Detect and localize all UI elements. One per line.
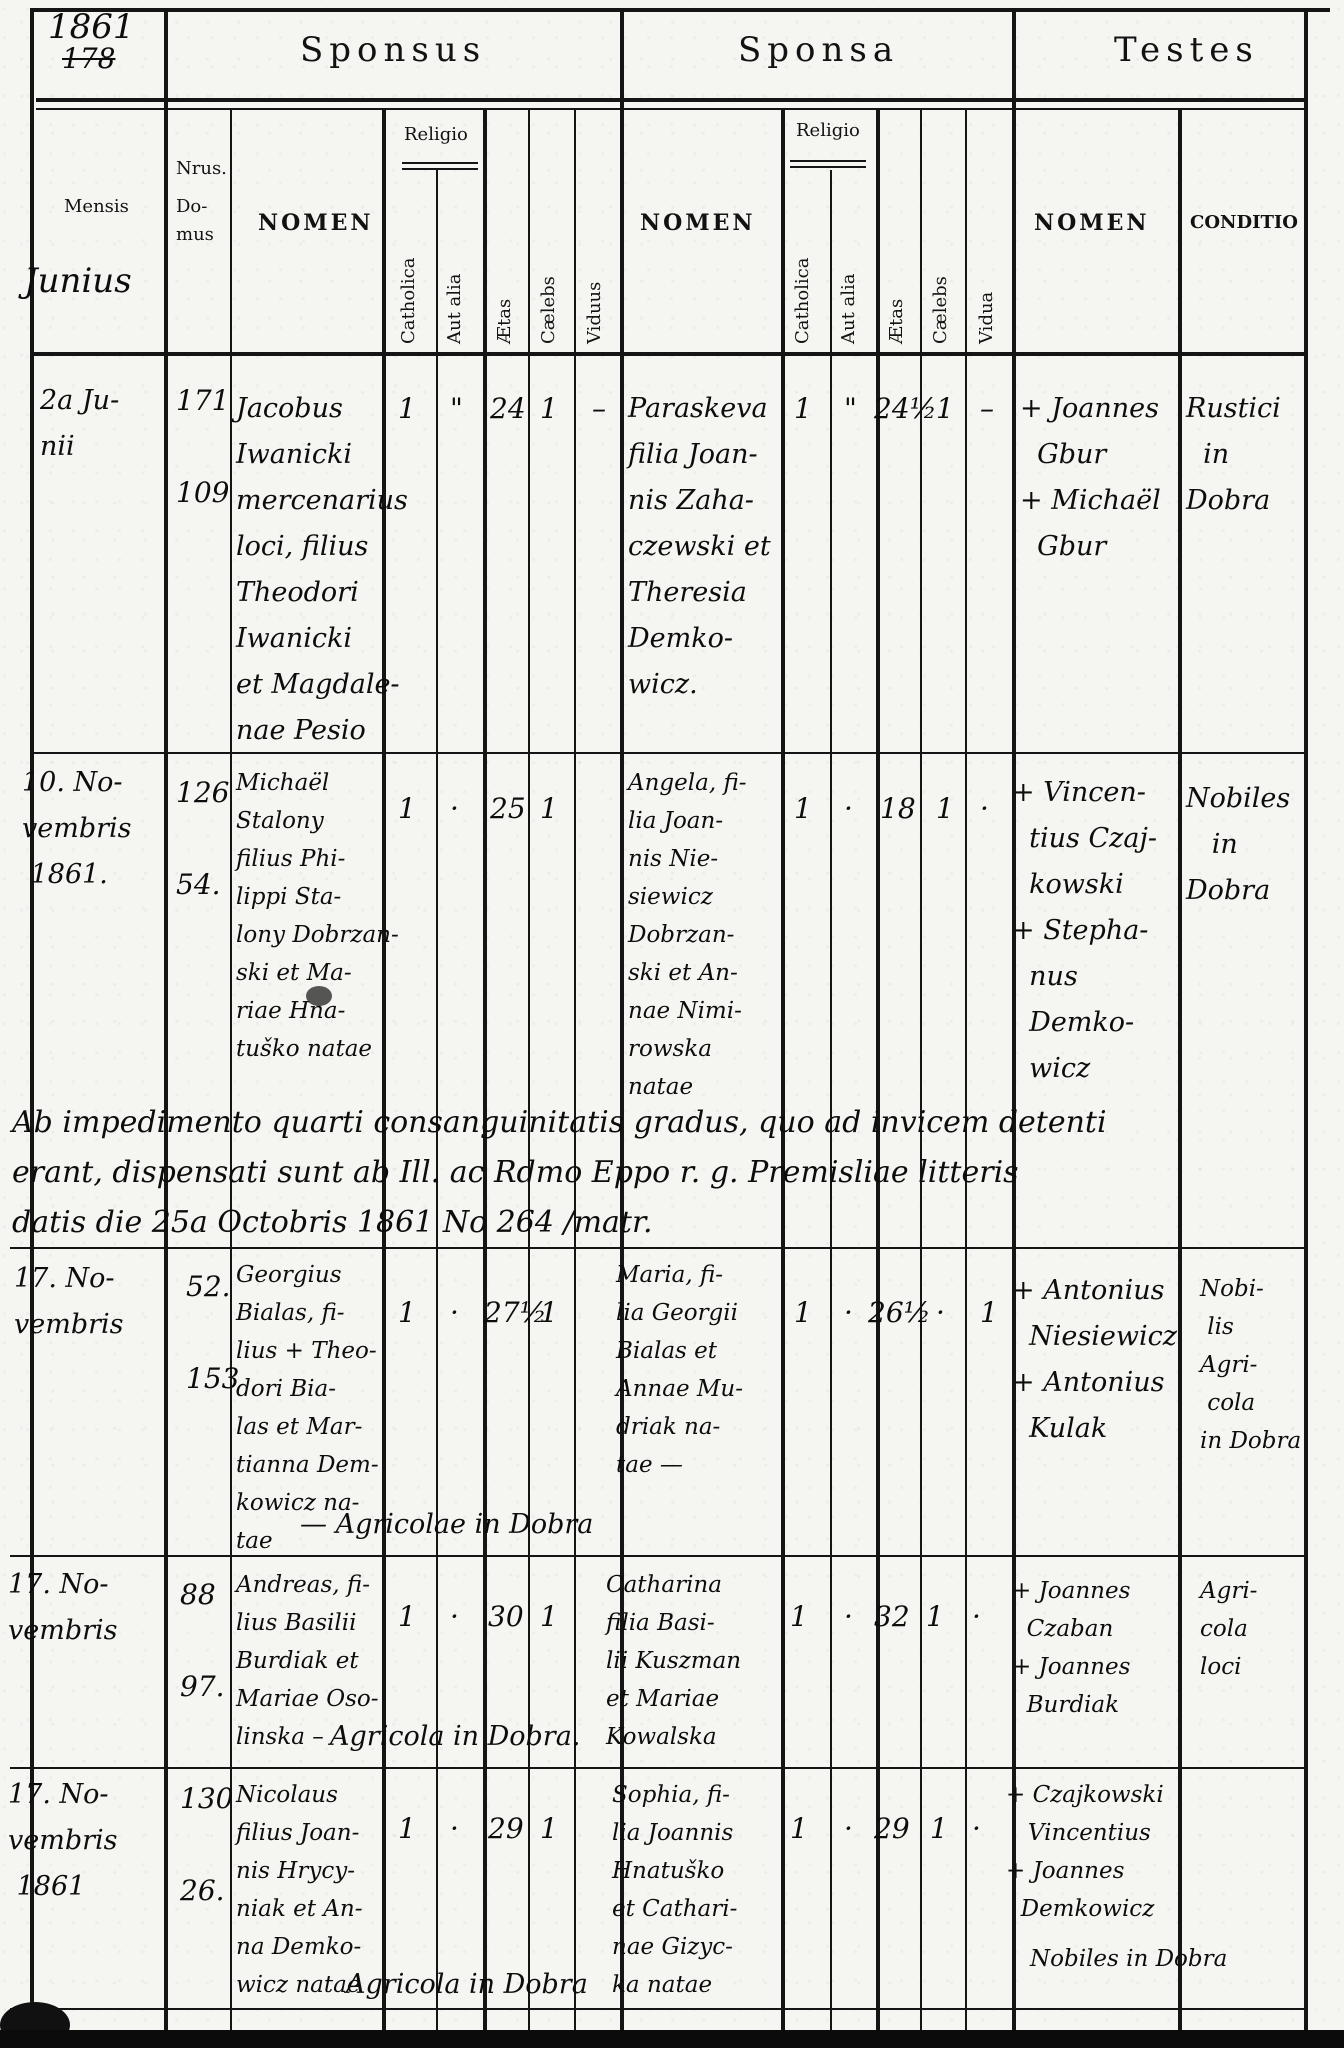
entry-5-sponsa-catholica: 1 bbox=[790, 1806, 808, 1852]
entry-3-sponsus-caelebs: 1 bbox=[540, 1290, 558, 1336]
entry-1-sponsa-nomen: Paraskeva filia Joan- nis Zaha- czewski … bbox=[628, 386, 771, 708]
rule-religio2 bbox=[790, 160, 866, 162]
entry-1-sponsus-caelebs: 1 bbox=[540, 386, 558, 432]
entry-4-domus: 88 97. bbox=[180, 1572, 225, 1710]
header-testes-nomen: NOMEN bbox=[1034, 210, 1150, 236]
entry-2-sponsa-aetas: 18 bbox=[880, 786, 916, 832]
header-sponsa-religio: Religio bbox=[796, 120, 860, 141]
entry-4-occupation-note: Agricola in Dobra. bbox=[330, 1714, 580, 1760]
rule-mensis bbox=[164, 8, 168, 2030]
rule-under-group-header bbox=[36, 98, 1306, 102]
header-sponsus: Sponsus bbox=[300, 30, 486, 70]
entry-2-sponsa-nomen: Angela, fi- lia Joan- nis Nie- siewicz D… bbox=[628, 764, 747, 1106]
entry-4-sponsa-nomen: Catharina filia Basi- lii Kuszman et Mar… bbox=[606, 1566, 741, 1756]
entry-4-sponsus-catholica: 1 bbox=[398, 1594, 416, 1640]
entry-2-domus: 126 54. bbox=[176, 770, 229, 908]
entry-5-domus: 130 26. bbox=[180, 1776, 233, 1914]
entry-1-sponsa-catholica: 1 bbox=[794, 386, 812, 432]
ink-blot bbox=[306, 986, 332, 1006]
entry-1-domus: 171 109 bbox=[176, 378, 229, 516]
header-sponsa-vidua: Vidua bbox=[976, 292, 997, 344]
entry-1-sponsa-caelebs: 1 bbox=[936, 386, 954, 432]
entry-4-sponsus-aut-alia: · bbox=[450, 1594, 459, 1640]
entry-4-sponsa-aetas: 32 bbox=[874, 1594, 910, 1640]
entry-2-testes-nomen: + Vincen- tius Czaj- kowski + Stepha- nu… bbox=[1012, 770, 1157, 1092]
entry-3-testes-conditio: Nobi- lis Agri- cola in Dobra bbox=[1200, 1270, 1301, 1460]
header-mus: mus bbox=[176, 224, 214, 245]
dispensation-note: Ab impedimento quarti consanguinitatis g… bbox=[12, 1098, 1107, 1248]
entry-5-sponsus-catholica: 1 bbox=[398, 1806, 416, 1852]
rule-nomen2 bbox=[781, 110, 785, 2030]
entry-3-domus: 52. 153 bbox=[186, 1264, 239, 1402]
header-sponsus-caelebs: Cælebs bbox=[538, 276, 559, 344]
header-do: Do- bbox=[176, 196, 207, 217]
entry-4-sponsus-aetas: 30 bbox=[488, 1594, 524, 1640]
entry-1-testes-nomen: + Joannes Gbur + Michaël Gbur bbox=[1020, 386, 1161, 570]
entry-5-date: 17. No- vembris 1861 bbox=[8, 1772, 118, 1910]
rule-under-group-header-2 bbox=[36, 108, 1306, 110]
rule-under-column-header bbox=[30, 352, 1306, 356]
entry-1-testes-conditio: Rustici in Dobra bbox=[1186, 386, 1281, 524]
rule-religio1 bbox=[402, 162, 478, 164]
page-bottom-edge bbox=[0, 2030, 1344, 2048]
header-mensis: Mensis bbox=[64, 196, 129, 217]
entry-2-sponsa-aut-alia: · bbox=[844, 786, 853, 832]
entry-4-testes-nomen: + Joannes Czaban + Joannes Burdiak bbox=[1012, 1572, 1130, 1724]
entry-5-occupation-note: Agricola in Dobra bbox=[346, 1962, 588, 2008]
entry-2-sponsus-catholica: 1 bbox=[398, 786, 416, 832]
header-sponsa-catholica: Catholica bbox=[792, 258, 813, 345]
entry-5-sponsa-nomen: Sophia, fi- lia Joannis Hnatuško et Cath… bbox=[612, 1776, 737, 2004]
header-sponsa-aetas: Ætas bbox=[886, 299, 907, 344]
month-annotation: Junius bbox=[24, 258, 132, 304]
entry-2-sponsus-aut-alia: · bbox=[450, 786, 459, 832]
entry-1-sponsus-aut-alia: " bbox=[450, 386, 463, 432]
entry-2-sponsa-catholica: 1 bbox=[794, 786, 812, 832]
header-sponsa-nomen: NOMEN bbox=[640, 210, 756, 236]
entry-3-sponsa-aut-alia: · bbox=[844, 1290, 853, 1336]
header-sponsus-nomen: NOMEN bbox=[258, 210, 374, 236]
rule-left bbox=[30, 8, 34, 2030]
header-sponsa: Sponsa bbox=[738, 30, 899, 70]
entry-2-sponsus-aetas: 25 bbox=[490, 786, 526, 832]
entry-3-occupation-note: — Agricolae in Dobra bbox=[300, 1502, 593, 1548]
entry-3-sponsa-catholica: 1 bbox=[794, 1290, 812, 1336]
entry-3-sponsa-caelebs: · bbox=[936, 1290, 945, 1336]
rule-row-3 bbox=[10, 1555, 1306, 1557]
header-testes: Testes bbox=[1114, 30, 1259, 70]
header-sponsa-aut-alia: Aut alia bbox=[838, 273, 859, 344]
entry-4-date: 17. No- vembris bbox=[8, 1562, 118, 1654]
entry-2-sponsa-vidua: · bbox=[980, 786, 989, 832]
entry-5-testes-nomen: + Czajkowski Vincentius + Joannes Demkow… bbox=[1006, 1776, 1164, 1928]
rule-domus bbox=[230, 110, 232, 2030]
rule-row-4 bbox=[10, 1767, 1306, 1769]
entry-2-date: 10. No- vembris 1861. bbox=[22, 760, 132, 898]
header-sponsus-catholica: Catholica bbox=[398, 258, 419, 345]
entry-2-testes-conditio: Nobiles in Dobra bbox=[1186, 776, 1290, 914]
header-sponsus-aut-alia: Aut alia bbox=[444, 273, 465, 344]
rule-religio1b bbox=[402, 168, 478, 170]
rule-testes-nomen bbox=[1178, 110, 1182, 2030]
entry-5-sponsus-nomen: Nicolaus filius Joan- nis Hrycy- niak et… bbox=[236, 1776, 363, 2004]
entry-2-sponsus-nomen: Michaël Stalony filius Phi- lippi Sta- l… bbox=[236, 764, 399, 1068]
entry-5-sponsus-aut-alia: · bbox=[450, 1806, 459, 1852]
entry-3-testes-nomen: + Antonius Niesiewicz + Antonius Kulak bbox=[1012, 1268, 1177, 1452]
header-nrus: Nrus. bbox=[176, 158, 227, 179]
entry-1-sponsus-nomen: Jacobus Iwanicki mercenarius loci, filiu… bbox=[236, 386, 408, 754]
entry-1-sponsus-catholica: 1 bbox=[398, 386, 416, 432]
header-sponsa-caelebs: Cælebs bbox=[930, 276, 951, 344]
entry-5-sponsus-aetas: 29 bbox=[488, 1806, 524, 1852]
header-sponsus-religio: Religio bbox=[404, 124, 468, 145]
entry-3-sponsa-vidua: 1 bbox=[980, 1290, 998, 1336]
entry-1-sponsa-vidua: – bbox=[980, 386, 994, 432]
header-sponsus-aetas: Ætas bbox=[494, 299, 515, 344]
entry-5-testes-conditio: Nobiles in Dobra bbox=[1030, 1940, 1227, 1978]
entry-4-sponsus-caelebs: 1 bbox=[540, 1594, 558, 1640]
entry-3-sponsa-nomen: Maria, fi- lia Georgii Bialas et Annae M… bbox=[616, 1256, 743, 1484]
entry-5-sponsus-caelebs: 1 bbox=[540, 1806, 558, 1852]
entry-1-sponsa-aetas: 24½ bbox=[874, 386, 937, 432]
entry-5-sponsa-aetas: 29 bbox=[874, 1806, 910, 1852]
rule-row-5 bbox=[10, 2008, 1306, 2010]
entry-3-sponsus-aetas: 27½ bbox=[484, 1290, 547, 1336]
entry-4-sponsa-catholica: 1 bbox=[790, 1594, 808, 1640]
rule-top bbox=[30, 8, 1330, 12]
entry-4-testes-conditio: Agri- cola loci bbox=[1200, 1572, 1257, 1686]
page-number: 178 bbox=[62, 36, 115, 82]
entry-1-date: 2a Ju- nii bbox=[40, 378, 119, 470]
entry-1-sponsus-aetas: 24 bbox=[490, 386, 526, 432]
entry-3-sponsa-aetas: 26½ bbox=[868, 1290, 931, 1336]
entry-4-sponsa-aut-alia: · bbox=[844, 1594, 853, 1640]
rule-caelebs2 bbox=[965, 110, 967, 2030]
entry-1-sponsus-viduus: – bbox=[592, 386, 606, 432]
entry-2-sponsa-caelebs: 1 bbox=[936, 786, 954, 832]
entry-1-sponsa-aut-alia: " bbox=[844, 386, 857, 432]
entry-2-sponsus-caelebs: 1 bbox=[540, 786, 558, 832]
entry-4-sponsa-caelebs: 1 bbox=[926, 1594, 944, 1640]
register-page: 1861 178 Sponsus Sponsa Testes Mensis Nr… bbox=[0, 0, 1344, 2048]
entry-3-sponsus-catholica: 1 bbox=[398, 1290, 416, 1336]
entry-3-sponsus-aut-alia: · bbox=[450, 1290, 459, 1336]
rule-religio2b bbox=[790, 166, 866, 168]
entry-5-sponsa-caelebs: 1 bbox=[930, 1806, 948, 1852]
header-sponsus-viduus: Viduus bbox=[584, 282, 605, 344]
header-conditio: CONDITIO bbox=[1190, 212, 1298, 233]
rule-row-1 bbox=[30, 752, 1306, 754]
entry-5-sponsa-aut-alia: · bbox=[844, 1806, 853, 1852]
entry-3-date: 17. No- vembris bbox=[14, 1256, 124, 1348]
rule-right bbox=[1304, 8, 1308, 2030]
entry-5-sponsa-vidua: · bbox=[972, 1806, 981, 1852]
entry-4-sponsa-vidua: · bbox=[972, 1594, 981, 1640]
